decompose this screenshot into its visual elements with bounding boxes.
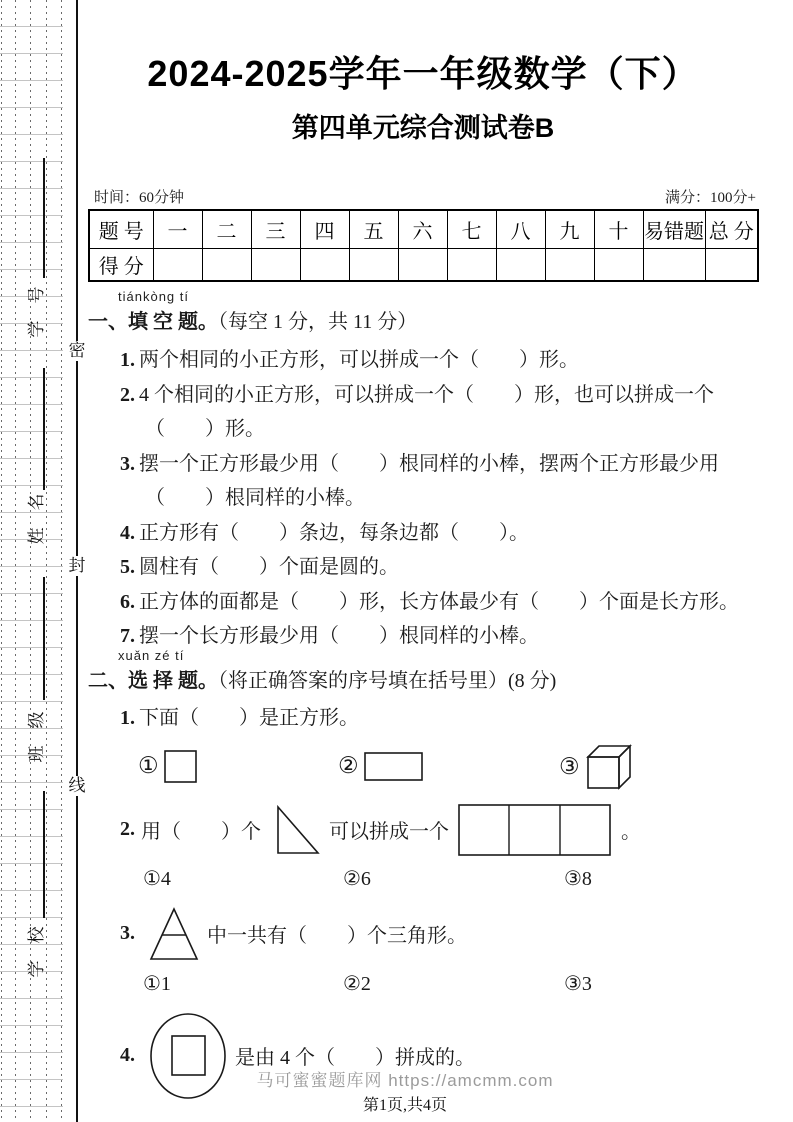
exam-info-line: 时间：60分钟 满分：100分+ [94, 186, 756, 207]
divided-rectangle-icon [457, 802, 613, 858]
question-line: 1.两个相同的小正方形，可以拼成一个（ ）形。 [120, 343, 758, 378]
score-table: 题 号 一 二 三 四 五 六 七 八 九 十 易错题 总 分 得 分 [88, 209, 759, 282]
section1-note: （每空 1 分，共 11 分） [218, 311, 417, 333]
question-line: 4.正方形有（ ）条边，每条边都（ ）。 [120, 516, 758, 551]
score-cell [705, 248, 758, 281]
question-line: 5.圆柱有（ ）个面是圆的。 [120, 550, 758, 585]
score-col: 总 分 [705, 210, 758, 248]
score-cell [349, 248, 398, 281]
answer-option: ③3 [564, 971, 592, 996]
option-1-square: ① [138, 747, 199, 785]
answer-option: ①1 [143, 971, 171, 996]
label-student-school: 学 校 [22, 917, 42, 987]
section1-heading: 一、填 空 题。（每空 1 分，共 11 分） [88, 306, 758, 338]
score-cell [251, 248, 300, 281]
student-id-line [43, 158, 45, 278]
section1-title: 一、填 空 题。 [88, 311, 218, 333]
question-line: （ ）根同样的小棒。 [145, 481, 758, 516]
score-col: 易错题 [643, 210, 705, 248]
score-cell [545, 248, 594, 281]
score-col: 二 [202, 210, 251, 248]
question-line: 3.摆一个正方形最少用（ ）根同样的小棒，摆两个正方形最少用 [120, 447, 758, 482]
triangle-with-line-icon [147, 905, 201, 963]
score-col: 一 [153, 210, 202, 248]
option-2-rectangle: ② [338, 749, 425, 783]
right-triangle-icon [269, 803, 321, 857]
choice-q2: 2. 用（ ）个 可以拼成一个 。 [120, 801, 758, 859]
score-col: 七 [447, 210, 496, 248]
question-line: 6.正方体的面都是（ ）形，长方体最少有（ ）个面是长方形。 [120, 585, 758, 620]
score-cell [496, 248, 545, 281]
option-3-cube: ③ [559, 743, 634, 791]
choice-q1: 1.下面（ ）是正方形。 [120, 701, 758, 736]
score-cell [594, 248, 643, 281]
student-class-line [43, 577, 45, 700]
grid-line [61, 0, 62, 1122]
score-table-header-label: 题 号 [89, 210, 153, 248]
rectangle-icon [363, 749, 425, 783]
section-fill-blanks: tiánkòng tí 一、填 空 题。（每空 1 分，共 11 分） 1.两个… [88, 289, 758, 654]
section2-pinyin: xuǎn zé tí [118, 648, 758, 665]
score-col: 十 [594, 210, 643, 248]
question-line: 2.4 个相同的小正方形，可以拼成一个（ ）形，也可以拼成一个 [120, 378, 758, 413]
seal-char-mi: 密 [67, 341, 87, 361]
grid-line [1, 0, 2, 1122]
question-line: （ ）形。 [145, 412, 758, 447]
section1-pinyin: tiánkòng tí [118, 289, 758, 306]
label-student-id: 学 号 [22, 277, 42, 347]
footer-page-number: 第1页,共4页 [40, 1092, 770, 1115]
choice-q3: 3. 中一共有（ ）个三角形。 [120, 904, 758, 964]
answer-option: ②2 [343, 971, 371, 996]
page-title: 2024-2025学年一年级数学（下） [88, 46, 758, 97]
answer-option: ②6 [343, 866, 371, 891]
score-col: 六 [398, 210, 447, 248]
grid-line [15, 0, 16, 1122]
score-cell [643, 248, 705, 281]
label-student-class: 班 级 [22, 702, 42, 772]
score-cell [202, 248, 251, 281]
score-col: 九 [545, 210, 594, 248]
choice-q2-answers: ①4 ②6 ③8 [88, 866, 758, 896]
label-student-name: 姓 名 [22, 484, 42, 554]
page-subtitle: 第四单元综合测试卷B [88, 106, 758, 145]
choice-q3-answers: ①1 ②2 ③3 [88, 971, 758, 1001]
student-school-line [43, 791, 45, 918]
student-name-line [43, 368, 45, 490]
score-col: 三 [251, 210, 300, 248]
score-cell [447, 248, 496, 281]
section2-note: （将正确答案的序号填在括号里）(8 分) [218, 670, 556, 692]
footer-site-link: 马可蜜蜜题库网 https://amcmm.com [40, 1066, 770, 1091]
choice-q1-options: ① ② ③ [88, 741, 758, 799]
time-label: 时间：60分钟 [94, 186, 184, 207]
score-row-label: 得 分 [89, 248, 153, 281]
section2-title: 二、选 择 题。 [88, 670, 218, 692]
score-col: 五 [349, 210, 398, 248]
cube-icon [584, 743, 634, 791]
grid-line [46, 0, 47, 1122]
score-cell [300, 248, 349, 281]
score-cell [153, 248, 202, 281]
section2-heading: 二、选 择 题。（将正确答案的序号填在括号里）(8 分) [88, 665, 758, 697]
answer-option: ①4 [143, 866, 171, 891]
score-col: 四 [300, 210, 349, 248]
seal-char-feng: 封 [67, 556, 87, 576]
section-multiple-choice: xuǎn zé tí 二、选 择 题。（将正确答案的序号填在括号里）(8 分) … [88, 648, 758, 1101]
square-icon [163, 747, 199, 785]
score-col: 八 [496, 210, 545, 248]
answer-option: ③8 [564, 866, 592, 891]
full-score-label: 满分：100分+ [665, 186, 756, 207]
seal-char-xian: 线 [67, 776, 87, 796]
score-cell [398, 248, 447, 281]
